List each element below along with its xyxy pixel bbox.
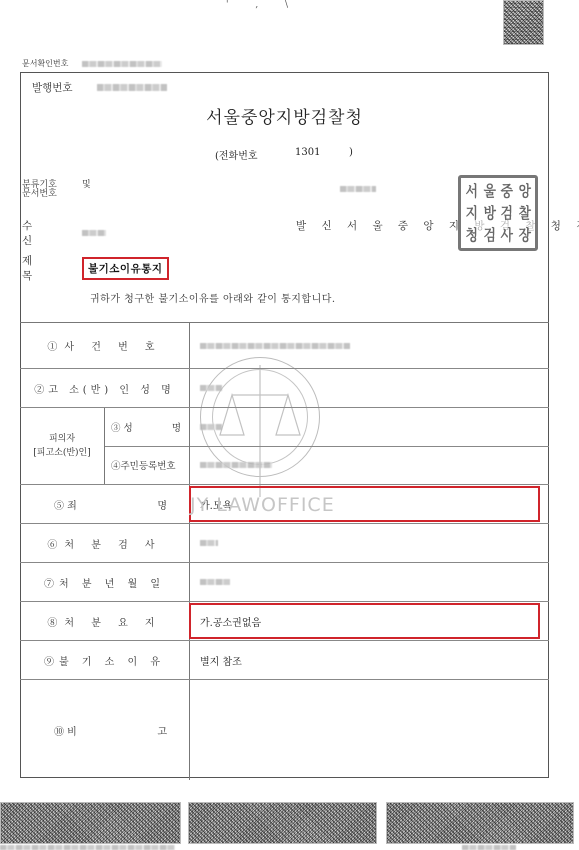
case-number-label: ①사 건 번 호 <box>20 323 190 368</box>
suspect-id-value <box>190 447 549 485</box>
redacted-suspect-id <box>200 462 272 468</box>
table-row-suspect: 피의자 [피고소(반)인] ③ 성 명 ④주민등록번호 <box>20 408 549 485</box>
notice-table: ①사 건 번 호 ②고 소(반) 인 성 명 피의자 [피고소(반)인] ③ 성… <box>20 322 549 780</box>
charge-value-text: 가.모욕 <box>200 497 232 512</box>
table-row-remarks: ⑩ 비 고 <box>20 680 549 780</box>
seal-char: 장 <box>517 224 532 246</box>
issue-label: 발행번호 <box>32 80 73 95</box>
doc-confirm-number: 문서확인번호 <box>22 58 162 69</box>
classification-label: 분류기호 문서번호 및 <box>22 181 57 199</box>
redacted-complainant <box>200 385 222 391</box>
top-scan-marks: ' , \ <box>226 0 300 10</box>
suspect-sub-labels: ③ 성 명 ④주민등록번호 <box>105 408 190 484</box>
suspect-name-label-a: ③ 성 <box>111 420 133 434</box>
phone-label: (전화번호 <box>215 147 295 162</box>
suspect-label-line1: 피의자 <box>49 432 75 446</box>
doc-confirm-label: 문서확인번호 <box>22 58 68 69</box>
bottom-barcode-2 <box>188 802 377 844</box>
disposal-summary-text: 가.공소권없음 <box>200 614 261 629</box>
phone-close: ) <box>349 147 353 162</box>
bottom-barcode-3 <box>386 802 574 844</box>
table-row-complainant: ②고 소(반) 인 성 명 <box>20 369 549 408</box>
redacted-footer-right <box>462 845 516 850</box>
suspect-label-line2: [피고소(반)인] <box>33 446 91 460</box>
redacted-prosecutor <box>200 540 218 546</box>
complainant-label: ②고 소(반) 인 성 명 <box>20 369 190 407</box>
seal-char: 중 <box>499 180 514 202</box>
seal-char: 청 <box>464 224 479 246</box>
classify-line2: 문서번호 <box>22 190 57 199</box>
suspect-name-label: ③ 성 명 <box>105 408 189 447</box>
remarks-label-a: ⑩ 비 <box>54 723 77 738</box>
charge-label-a: ⑤ 죄 <box>54 497 77 512</box>
official-seal: 서울중앙지방검찰청검사장 <box>458 175 538 251</box>
redacted-footer-left <box>0 845 175 850</box>
issue-number: 발행번호 <box>32 80 167 95</box>
seal-char: 서 <box>464 180 479 202</box>
charge-highlight-box <box>189 486 540 522</box>
table-row-case-number: ①사 건 번 호 <box>20 323 549 369</box>
intro-text: 귀하가 청구한 불기소이유를 아래와 같이 통지합니다. <box>20 290 549 305</box>
suspect-label: 피의자 [피고소(반)인] <box>20 408 105 484</box>
remarks-label-b: 고 <box>157 723 167 738</box>
subject-row: 제 목 불기소이유통지 <box>22 253 169 283</box>
seal-char: 사 <box>499 224 514 246</box>
agency-title: 서울중앙지방검찰청 <box>20 103 549 128</box>
subject-label: 제 목 <box>22 253 82 283</box>
table-row-prosecutor: ⑥처 분 검 사 <box>20 524 549 563</box>
redacted-suspect-name <box>200 424 222 430</box>
seal-char: 찰 <box>517 202 532 224</box>
prosecutor-value <box>190 524 549 562</box>
table-row-reason: ⑨불 기 소 이 유 별지 참조 <box>20 641 549 680</box>
redacted-issue-number <box>97 84 167 91</box>
table-row-charge: ⑤ 죄 명 가.모욕 <box>20 485 549 524</box>
disposal-date-value <box>190 563 549 601</box>
bottom-barcode-1 <box>0 802 181 844</box>
table-row-disposal-date: ⑦처 분 년 월 일 <box>20 563 549 602</box>
seal-char: 울 <box>482 180 497 202</box>
recipient-row: 수 신 <box>22 218 106 248</box>
suspect-values <box>190 408 549 484</box>
disposal-date-label: ⑦처 분 년 월 일 <box>20 563 190 601</box>
phone-number: 1301 <box>295 147 349 162</box>
case-number-value <box>190 323 549 368</box>
recipient-label: 수 신 <box>22 218 82 248</box>
classify-and: 및 <box>82 181 91 190</box>
disposal-summary-value: 가.공소권없음 <box>190 602 549 640</box>
remarks-value <box>190 680 549 780</box>
redacted-disposal-date <box>200 579 230 585</box>
suspect-id-label: ④주민등록번호 <box>105 447 189 485</box>
subject-highlight: 불기소이유통지 <box>82 257 169 280</box>
seal-char: 앙 <box>517 180 532 202</box>
complainant-value <box>190 369 549 407</box>
remarks-label: ⑩ 비 고 <box>20 680 190 780</box>
charge-label-b: 명 <box>157 497 167 512</box>
seal-char: 검 <box>499 202 514 224</box>
reason-value: 별지 참조 <box>190 641 549 679</box>
redacted-date <box>340 186 376 192</box>
redacted-doc-confirm-number <box>82 61 162 67</box>
suspect-name-label-b: 명 <box>172 420 181 434</box>
phone-line: (전화번호 1301 ) <box>215 147 353 162</box>
suspect-name-value <box>190 408 549 447</box>
charge-label: ⑤ 죄 명 <box>20 485 190 523</box>
disposal-summary-label: ⑧처 분 요 지 <box>20 602 190 640</box>
charge-value: 가.모욕 <box>190 485 549 523</box>
seal-char: 지 <box>464 202 479 224</box>
reason-label: ⑨불 기 소 이 유 <box>20 641 190 679</box>
qr-code <box>503 0 544 45</box>
seal-char: 검 <box>482 224 497 246</box>
redacted-recipient <box>82 230 106 236</box>
seal-char: 방 <box>482 202 497 224</box>
table-row-disposal-summary: ⑧처 분 요 지 가.공소권없음 <box>20 602 549 641</box>
redacted-case-number <box>200 343 350 349</box>
prosecutor-label: ⑥처 분 검 사 <box>20 524 190 562</box>
